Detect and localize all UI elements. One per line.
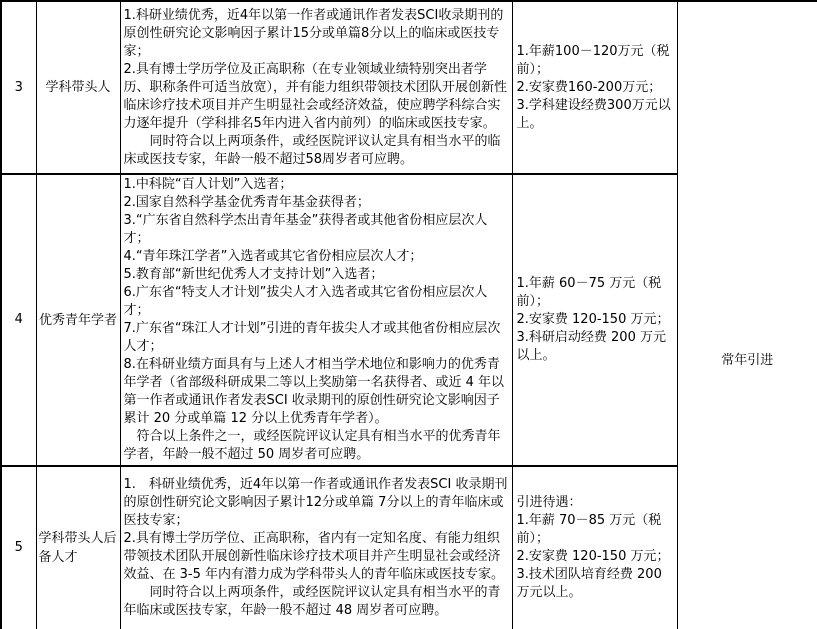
recruitment-table: 3 学科带头人 1.科研业绩优秀，近4年以第一作者或通讯作者发表SCI收录期刊的… — [0, 0, 817, 629]
benefit-line: 2.安家费 120-150 万元； — [517, 548, 673, 566]
position-cell: 学科带头人后备人才 — [36, 466, 120, 629]
requirement-paragraph: 2.国家自然科学基金优秀青年基金获得者； — [124, 194, 509, 212]
requirements-cell: 1.科研业绩优秀，近4年以第一作者或通讯作者发表SCI收录期刊的原创性研究论文影… — [120, 1, 512, 174]
requirements-cell: 1.中科院“百人计划”入选者； 2.国家自然科学基金优秀青年基金获得者； 3.“… — [120, 174, 512, 466]
requirement-paragraph: 8.在科研业绩方面具有与上述人才相当学术地位和影响力的优秀青年学者（省部级科研成… — [124, 356, 509, 428]
requirement-paragraph: 7.广东省“珠江人才计划”引进的青年拔尖人才或其他省份相应层次人才； — [124, 320, 509, 356]
table-row: 3 学科带头人 1.科研业绩优秀，近4年以第一作者或通讯作者发表SCI收录期刊的… — [1, 1, 817, 174]
benefit-line: 1.年薪 70－85 万元（税前）； — [517, 512, 673, 548]
benefit-line: 2.安家费 120-150 万元； — [517, 311, 673, 329]
benefits-cell: 1.年薪100－120万元（税前）； 2.安家费160-200万元； 3.学科建… — [512, 1, 677, 174]
position-cell: 优秀青年学者 — [36, 174, 120, 466]
requirement-paragraph: 2.具有博士学历学位及正高职称（在专业领域业绩特别突出者学历、职称条件可适当放宽… — [124, 61, 509, 133]
requirement-paragraph: 6.广东省“特支人才计划”拔尖人才入选者或其它省份相应层次人才； — [124, 284, 509, 320]
benefit-line: 2.安家费160-200万元； — [517, 79, 673, 97]
requirement-paragraph: 5.教育部“新世纪优秀人才支持计划”入选者； — [124, 266, 509, 284]
benefit-line: 3.学科建设经费300万元以上。 — [517, 97, 673, 133]
row-number-cell: 4 — [1, 174, 36, 466]
benefits-cell: 引进待遇： 1.年薪 70－85 万元（税前）； 2.安家费 120-150 万… — [512, 466, 677, 629]
requirement-paragraph: 3.“广东省自然科学杰出青年基金”获得者或其他省份相应层次人才； — [124, 212, 509, 248]
requirement-paragraph: 1. 科研业绩优秀，近4年以第一作者或通讯作者发表SCI 收录期刊的原创性研究论… — [124, 476, 509, 530]
requirement-paragraph: 同时符合以上两项条件，或经医院评议认定具有相当水平的临床或医技专家，年龄一般不超… — [124, 133, 509, 169]
benefit-line: 3.技术团队培育经费 200 万元以上。 — [517, 566, 673, 602]
position-cell: 学科带头人 — [36, 1, 120, 174]
benefit-line: 3.科研启动经费 200 万元以上。 — [517, 329, 673, 365]
recruit-mode-label: 常年引进 — [678, 352, 817, 370]
requirement-paragraph: 同时符合以上两项条件，或经医院评议认定具有相当水平的青年临床或医技专家，年龄一般… — [124, 584, 509, 620]
requirement-paragraph: 4.“青年珠江学者”入选者或其它省份相应层次人才； — [124, 248, 509, 266]
benefit-line: 引进待遇： — [517, 494, 673, 512]
requirements-cell: 1. 科研业绩优秀，近4年以第一作者或通讯作者发表SCI 收录期刊的原创性研究论… — [120, 466, 512, 629]
benefits-cell: 1.年薪 60－75 万元（税前）； 2.安家费 120-150 万元； 3.科… — [512, 174, 677, 466]
requirement-paragraph: 2.具有博士学历学位、正高职称，省内有一定知名度、有能力组织带领技术团队开展创新… — [124, 530, 509, 584]
requirement-paragraph: 1.中科院“百人计划”入选者； — [124, 176, 509, 194]
benefit-line: 1.年薪100－120万元（税前）； — [517, 43, 673, 79]
requirement-paragraph: 符合以上条件之一，或经医院评议认定具有相当水平的优秀青年学者，年龄一般不超过 5… — [124, 428, 509, 464]
row-number-cell: 3 — [1, 1, 36, 174]
benefit-line: 1.年薪 60－75 万元（税前）； — [517, 275, 673, 311]
row-number-cell: 5 — [1, 466, 36, 629]
recruit-mode-cell: 常年引进 — [677, 1, 817, 629]
requirement-paragraph: 1.科研业绩优秀，近4年以第一作者或通讯作者发表SCI收录期刊的原创性研究论文影… — [124, 7, 509, 61]
